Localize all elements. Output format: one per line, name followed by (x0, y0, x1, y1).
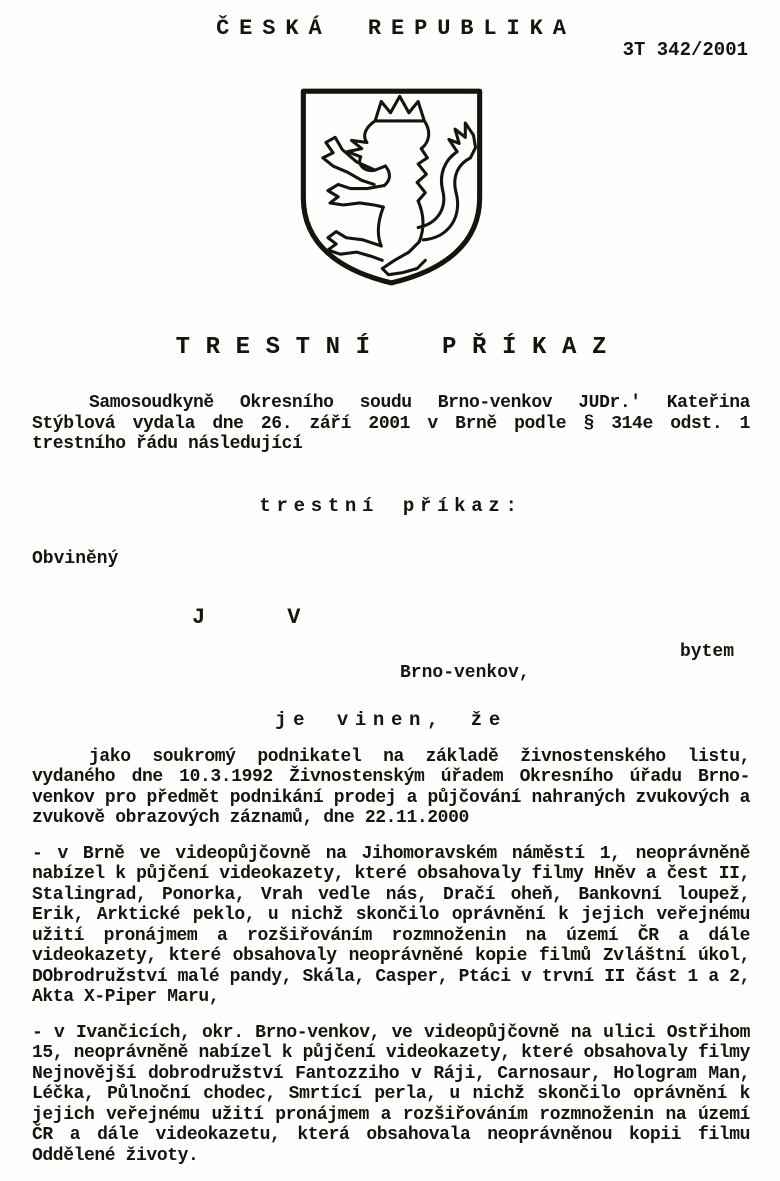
document-title: TRESTNÍ PŘÍKAZ (32, 334, 750, 361)
country-header: ČESKÁ REPUBLIKA (32, 16, 750, 41)
order-heading: trestní příkaz: (32, 495, 750, 517)
residence-value: Brno-venkov, (32, 663, 750, 683)
case-number: 3T 342/2001 (32, 39, 750, 61)
guilt-heading: je vinen, že (32, 709, 750, 731)
defendant-initials: JV (32, 605, 750, 630)
offense-brno-paragraph: - v Brně ve videopůjčovně na Jihomoravsk… (32, 844, 750, 1008)
czech-coat-of-arms-icon (284, 83, 499, 288)
coat-of-arms-row (32, 83, 750, 288)
scanned-court-document: ČESKÁ REPUBLIKA 3T 342/2001 (0, 0, 780, 1181)
defendant-last-initial: V (287, 605, 300, 630)
defendant-first-initial: J (192, 605, 205, 630)
intro-paragraph: Samosoudkyně Okresního soudu Brno-venkov… (32, 393, 750, 455)
offense-intro-paragraph: jako soukromý podnikatel na základě živn… (32, 747, 750, 829)
offense-ivancice-paragraph: - v Ivančicích, okr. Brno-venkov, ve vid… (32, 1023, 750, 1167)
accused-label: Obviněný (32, 549, 750, 569)
residence-label: bytem (32, 642, 750, 662)
